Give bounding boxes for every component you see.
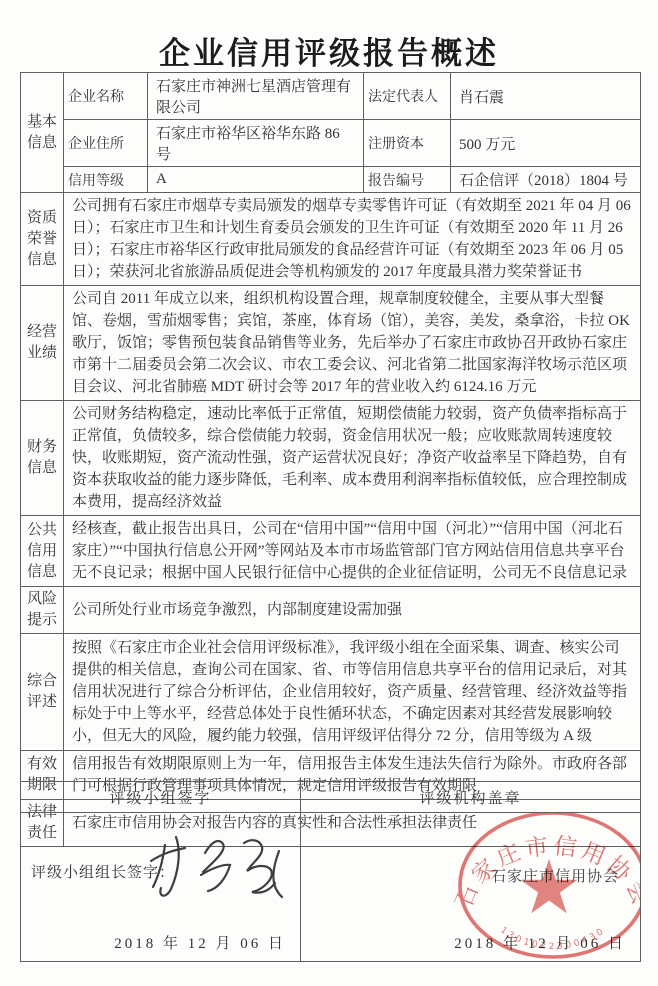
section-content-summary: 按照《石家庄市企业社会信用评级标准》，我评级小组在全面采集、调查、核实公司提供的… (64, 634, 641, 751)
table-row: 资质荣誉信息 公司拥有石家庄市烟草专卖局颁发的烟草专卖零售许可证（有效期至 20… (21, 193, 641, 286)
company-address-value: 石家庄市裕华区裕华东路 86 号 (148, 120, 364, 167)
leader-signature-autograph (149, 831, 294, 906)
table-row: 风险提示 公司所处行业市场竞争激烈，内部制度建设需加强 (21, 587, 641, 634)
signature-header-row: 评级小组签字 评级机构盖章 (21, 782, 641, 813)
credit-grade-label: 信用等级 (64, 167, 148, 193)
registered-capital-value: 500 万元 (451, 120, 641, 167)
table-row: 财务信息 公司财务结构稳定，速动比率低于正常值，短期偿债能力较弱，资产负债率指标… (21, 401, 641, 516)
rating-agency-seal-cell: 石家庄市信用协会 石家庄市信用协会 1301022300430 (301, 813, 641, 962)
section-content-finance: 公司财务结构稳定，速动比率低于正常值，短期偿债能力较弱，资产负债率指标高于正常值… (64, 401, 641, 516)
team-signature-date: 2018 年 12 月 06 日 (114, 932, 286, 953)
table-row: 公共信用信息 经核查，截止报告出具日，公司在“信用中国”“信用中国（河北）”“信… (21, 516, 641, 587)
section-label-qualifications: 资质荣誉信息 (21, 193, 64, 286)
section-content-performance: 公司自 2011 年成立以来，组织机构设置合理，规章制度较健全，主要从事大型餐馆… (64, 286, 641, 401)
rating-team-signature-cell: 评级小组组长签字： 2018 年 12 月 06 日 (21, 813, 301, 962)
report-table: 基本信息 企业名称 石家庄市神洲七星酒店管理有限公司 法定代表人 肖石震 企业住… (20, 72, 641, 847)
report-number-label: 报告编号 (364, 167, 451, 193)
section-label-performance: 经营业绩 (21, 286, 64, 401)
table-row: 信用等级 A 报告编号 石企信评（2018）1804 号 (21, 167, 641, 193)
section-content-risk: 公司所处行业市场竞争激烈，内部制度建设需加强 (64, 587, 641, 634)
registered-capital-label: 注册资本 (364, 120, 451, 167)
signature-table: 评级小组签字 评级机构盖章 评级小组组长签字： 2018 年 (20, 781, 641, 962)
table-row: 基本信息 企业名称 石家庄市神洲七星酒店管理有限公司 法定代表人 肖石震 (21, 73, 641, 120)
section-content-public-credit: 经核查，截止报告出具日，公司在“信用中国”“信用中国（河北）”“信用中国（河北石… (64, 516, 641, 587)
legal-rep-value: 肖石震 (451, 73, 641, 120)
rating-team-signature-header: 评级小组签字 (21, 782, 301, 813)
section-label-risk: 风险提示 (21, 587, 64, 634)
company-address-label: 企业住所 (64, 120, 148, 167)
agency-seal-date: 2018 年 12 月 06 日 (454, 932, 626, 953)
company-name-value: 石家庄市神洲七星酒店管理有限公司 (148, 73, 364, 120)
company-name-label: 企业名称 (64, 73, 148, 120)
page-title: 企业信用评级报告概述 (0, 28, 658, 73)
section-label-summary: 综合评述 (21, 634, 64, 751)
report-number-value: 石企信评（2018）1804 号 (451, 167, 641, 193)
seal-org-printed-text: 石家庄市信用协会 (491, 865, 619, 886)
legal-rep-label: 法定代表人 (364, 73, 451, 120)
section-label-public-credit: 公共信用信息 (21, 516, 64, 587)
basic-info-section-label: 基本信息 (21, 73, 64, 193)
table-row: 企业住所 石家庄市裕华区裕华东路 86 号 注册资本 500 万元 (21, 120, 641, 167)
signature-body-row: 评级小组组长签字： 2018 年 12 月 06 日 石家庄市信用协会 (21, 813, 641, 962)
table-row: 综合评述 按照《石家庄市企业社会信用评级标准》，我评级小组在全面采集、调查、核实… (21, 634, 641, 751)
credit-grade-value: A (148, 167, 364, 193)
rating-agency-seal-header: 评级机构盖章 (301, 782, 641, 813)
table-row: 经营业绩 公司自 2011 年成立以来，组织机构设置合理，规章制度较健全，主要从… (21, 286, 641, 401)
report-page: 企业信用评级报告概述 基本信息 企业名称 石家庄市神洲七星酒店管理有限公司 法定… (0, 0, 658, 986)
section-label-finance: 财务信息 (21, 401, 64, 516)
section-content-qualifications: 公司拥有石家庄市烟草专卖局颁发的烟草专卖零售许可证（有效期至 2021 年 04… (64, 193, 641, 286)
